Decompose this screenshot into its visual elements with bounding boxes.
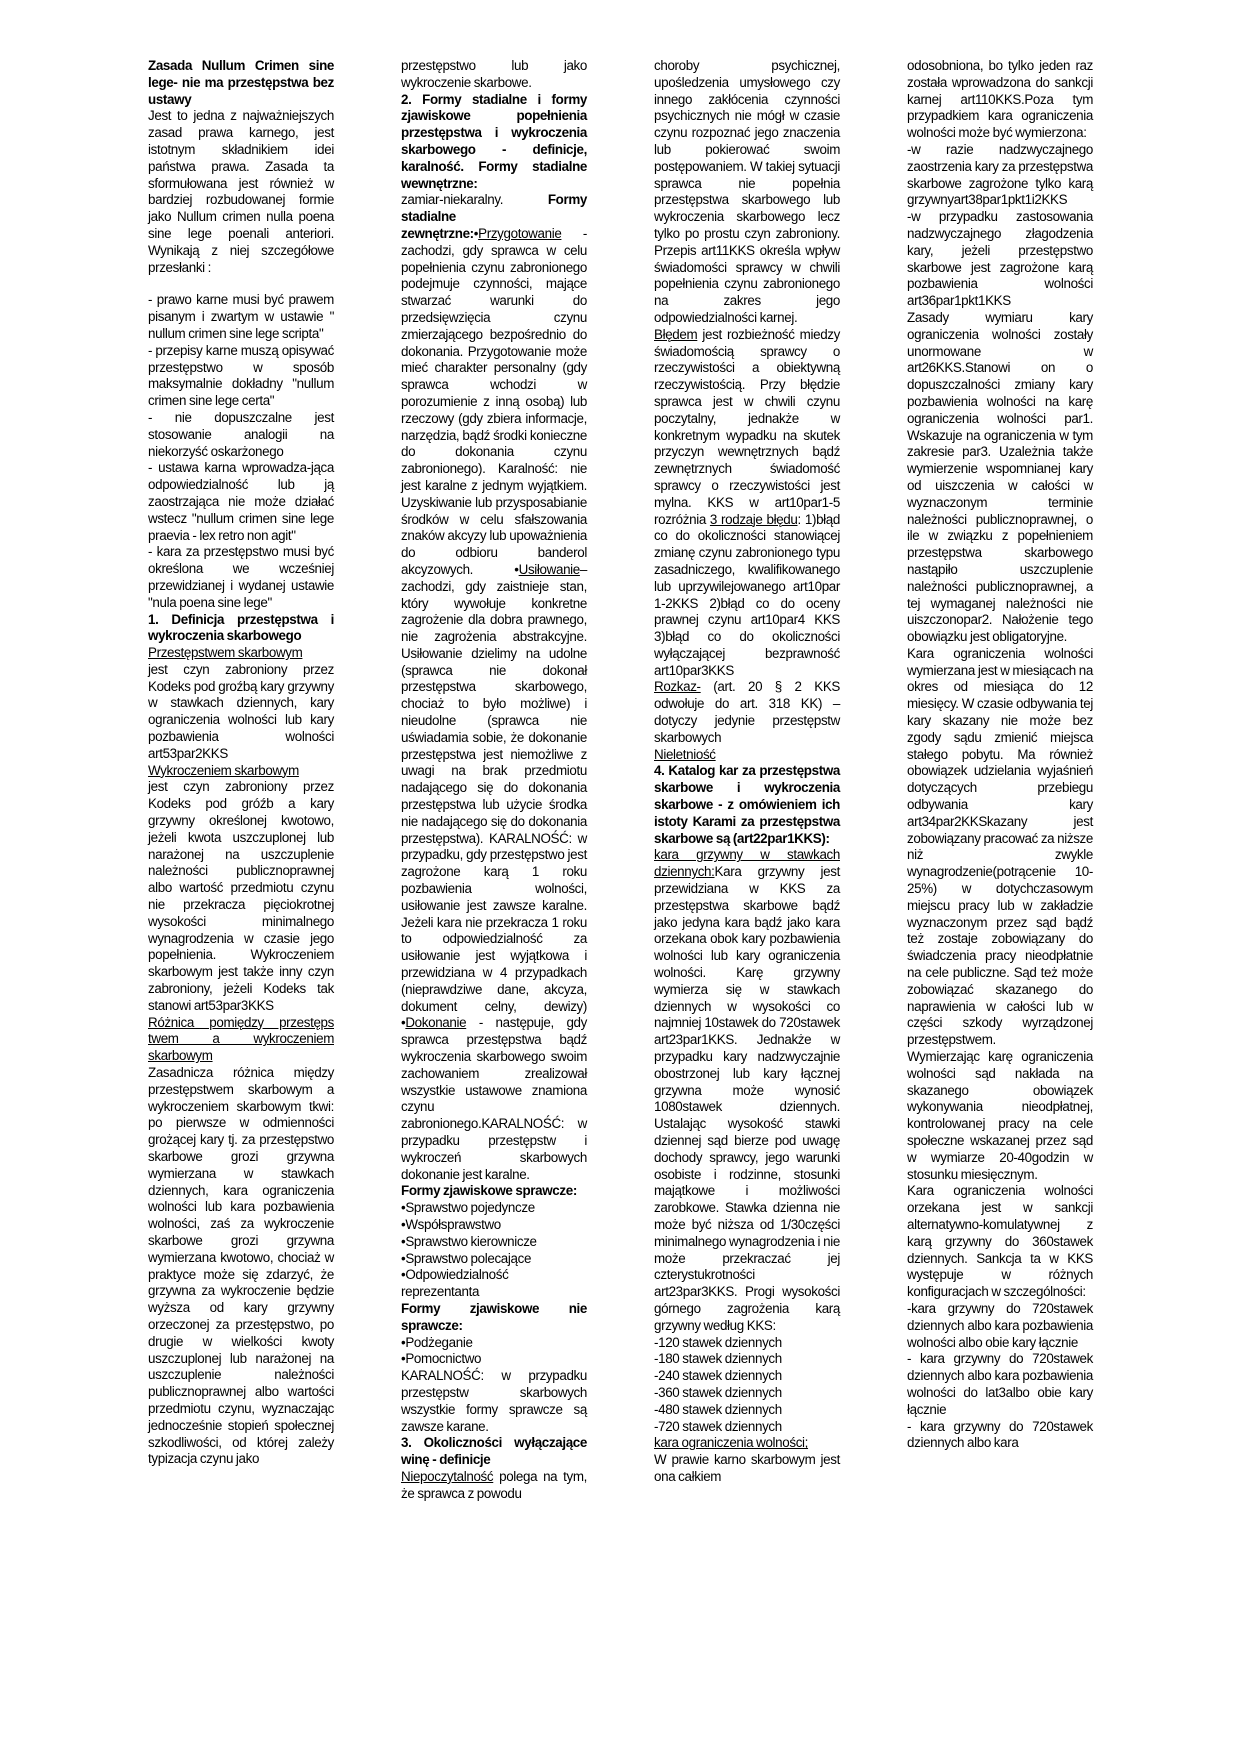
subheading: Formy zjawiskowe sprawcze:: [401, 1183, 587, 1200]
column-1: Zasada Nullum Crimen sine lege- nie ma p…: [148, 58, 334, 1678]
paragraph: zewnętrzne:•Przygotowanie - zachodzi, gd…: [401, 226, 587, 1183]
paragraph: Kara ograniczenia wolności wymierzana je…: [907, 646, 1093, 1049]
list-item: •Sprawstwo pojedyncze: [401, 1200, 587, 1217]
paragraph: Kara ograniczenia wolności orzekana jest…: [907, 1183, 1093, 1301]
list-item: -w razie nadzwyczajnego zaostrzenia kary…: [907, 142, 1093, 209]
column-2: przestępstwo lub jako wykroczenie skarbo…: [401, 58, 587, 1678]
heading-section-4: 4. Katalog kar za przestępstwa skarbowe …: [654, 763, 840, 847]
paragraph: Wymierzając karę ograniczenia wolności s…: [907, 1049, 1093, 1183]
column-3: choroby psychicznej, upośledzenia umysło…: [654, 58, 840, 1678]
list-item: - prawo karne musi być prawem pisanym i …: [148, 292, 334, 342]
paragraph: Zasady wymiaru kary ograniczenia wolnośc…: [907, 310, 1093, 646]
list-item: - kara grzywny do 720stawek dziennych al…: [907, 1351, 1093, 1418]
list-item: -480 stawek dziennych: [654, 1402, 840, 1419]
list-item: •Sprawstwo polecające: [401, 1251, 587, 1268]
list-item: - kara grzywny do 720stawek dziennych al…: [907, 1419, 1093, 1453]
list-item: -kara grzywny do 720stawek dziennych alb…: [907, 1301, 1093, 1351]
list-item: - nie dopuszczalne jest stosowanie analo…: [148, 410, 334, 460]
list-item: -360 stawek dziennych: [654, 1385, 840, 1402]
paragraph: przestępstwo lub jako wykroczenie skarbo…: [401, 58, 587, 92]
heading-section-2: 2. Formy stadialne i formy zjawiskowe po…: [401, 92, 587, 193]
list-item: - przepisy karne muszą opisywać przestęp…: [148, 343, 334, 410]
list-item: •Pomocnictwo: [401, 1351, 587, 1368]
heading-nullum-crimen: Zasada Nullum Crimen sine lege- nie ma p…: [148, 58, 334, 108]
paragraph: Niepoczytalność polega na tym, że sprawc…: [401, 1469, 587, 1503]
list-item: •Odpowiedzialność reprezentanta: [401, 1267, 587, 1301]
list-item: -120 stawek dziennych: [654, 1335, 840, 1352]
paragraph: kara grzywny w stawkach dziennych:Kara g…: [654, 847, 840, 1334]
paragraph: Błędem jest rozbieżność miedzy świadomoś…: [654, 327, 840, 680]
list-item: •Współsprawstwo: [401, 1217, 587, 1234]
paragraph: Jest to jedna z najważniejszych zasad pr…: [148, 108, 334, 276]
paragraph: Rozkaz- (art. 20 § 2 KKS odwołuje do art…: [654, 679, 840, 746]
paragraph: KARALNOŚĆ: w przypadku przestępstw skarb…: [401, 1368, 587, 1435]
paragraph: choroby psychicznej, upośledzenia umysło…: [654, 58, 840, 327]
list-item: - ustawa karna wprowadza-jąca odpowiedzi…: [148, 460, 334, 544]
paragraph: jest czyn zabroniony przez Kodeks pod gr…: [148, 662, 334, 763]
heading-section-3: 3. Okoliczności wyłączające winę - defin…: [401, 1435, 587, 1469]
list-item: -720 stawek dziennych: [654, 1419, 840, 1436]
heading-section-1: 1. Definicja przestępstwa i wykroczenia …: [148, 612, 334, 646]
document-page: Zasada Nullum Crimen sine lege- nie ma p…: [148, 58, 1093, 1678]
column-4: odosobniona, bo tylko jeden raz została …: [907, 58, 1093, 1678]
paragraph: W prawie karno skarbowym jest ona całkie…: [654, 1452, 840, 1486]
list-item: -180 stawek dziennych: [654, 1351, 840, 1368]
paragraph: jest czyn zabroniony przez Kodeks pod gr…: [148, 779, 334, 1014]
subheading: Formy zjawiskowe nie sprawcze:: [401, 1301, 587, 1335]
paragraph: Zasadnicza różnica między przestępstwem …: [148, 1065, 334, 1468]
spacer: [148, 276, 334, 292]
list-item: - kara za przestępstwo musi być określon…: [148, 544, 334, 611]
list-item: •Podżeganie: [401, 1335, 587, 1352]
term-heading: kara ograniczenia wolności;: [654, 1435, 840, 1452]
term-heading: Wykroczeniem skarbowym: [148, 763, 334, 780]
paragraph: odosobniona, bo tylko jeden raz została …: [907, 58, 1093, 142]
paragraph: zamiar-niekaralny. Formy stadialne: [401, 192, 587, 226]
term-heading: Różnica pomiędzy przestęps twem a wykroc…: [148, 1015, 334, 1065]
list-item: -240 stawek dziennych: [654, 1368, 840, 1385]
list-item: •Sprawstwo kierownicze: [401, 1234, 587, 1251]
list-item: -w przypadku zastosowania nadzwyczajnego…: [907, 209, 1093, 310]
term-heading: Nieletniość: [654, 747, 840, 764]
term-heading: Przestępstwem skarbowym: [148, 645, 334, 662]
